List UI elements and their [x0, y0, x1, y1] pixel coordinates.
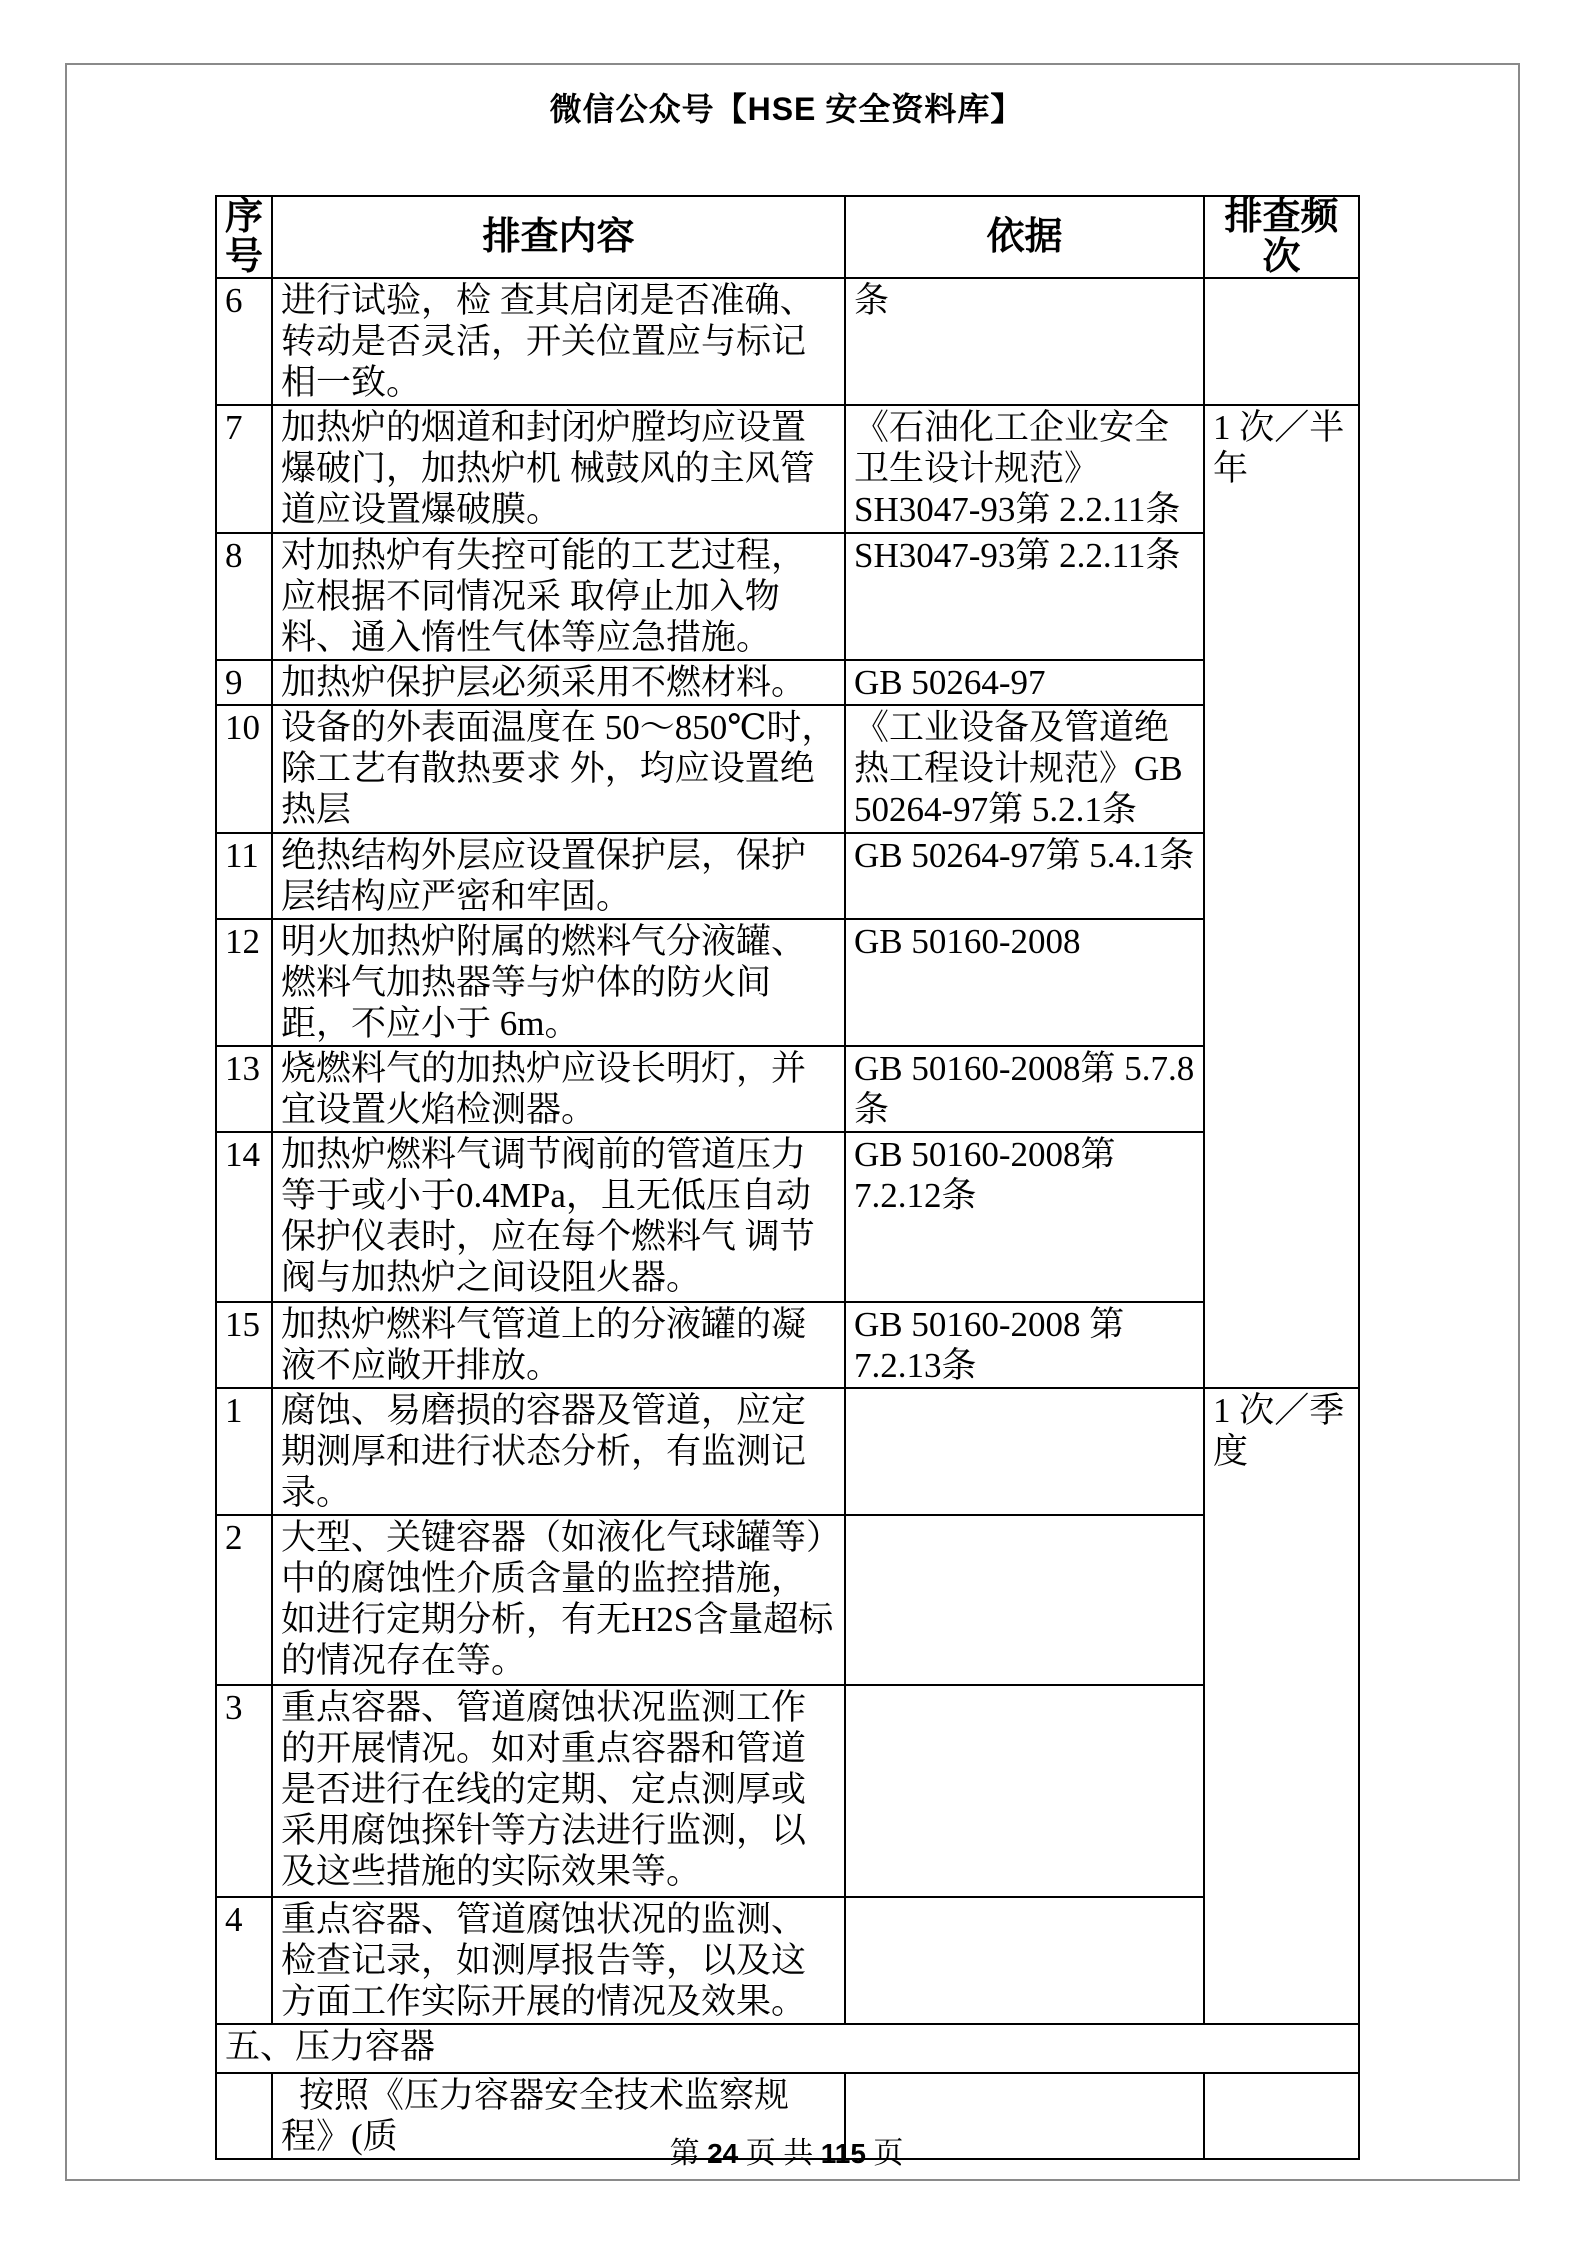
cell-basis: 《工业设备及管道绝热工程设计规范》GB 50264-97第 5.2.1条	[845, 705, 1204, 833]
table-row: 6 进行试验，检 查其启闭是否准确、转动是否灵活，开关位置应与标记相一致。 条	[216, 278, 1359, 405]
cell-basis	[845, 1388, 1204, 1515]
table-row: 12 明火加热炉附属的燃料气分液罐、燃料气加热器等与炉体的防火间距，不应小于 6…	[216, 919, 1359, 1046]
cell-no: 14	[216, 1132, 272, 1302]
cell-no: 8	[216, 533, 272, 660]
table-row: 11 绝热结构外层应设置保护层，保护层结构应严密和牢固。 GB 50264-97…	[216, 833, 1359, 919]
cell-basis: 条	[845, 278, 1204, 405]
cell-basis	[845, 1685, 1204, 1897]
cell-basis	[845, 1897, 1204, 2024]
cell-basis: GB 50264-97	[845, 660, 1204, 705]
cell-content: 加热炉保护层必须采用不燃材料。	[272, 660, 845, 705]
cell-frequency-quarter: 1 次／季度	[1204, 1388, 1359, 2024]
table-row: 14 加热炉燃料气调节阀前的管道压力等于或小于0.4MPa，且无低压自动保护仪表…	[216, 1132, 1359, 1302]
footer-middle: 页 共	[746, 2137, 814, 2170]
cell-basis: GB 50160-2008第 5.7.8 条	[845, 1046, 1204, 1132]
cell-content: 加热炉燃料气管道上的分液罐的凝液不应敞开排放。	[272, 1302, 845, 1388]
cell-basis: SH3047-93第 2.2.11条	[845, 533, 1204, 660]
table-row: 8 对加热炉有失控可能的工艺过程，应根据不同情况采 取停止加入物料、通入惰性气体…	[216, 533, 1359, 660]
table-row: 4 重点容器、管道腐蚀状况的监测、检查记录，如测厚报告等，以及这方面工作实际开展…	[216, 1897, 1359, 2024]
page-header-suffix: 安全资料库】	[816, 91, 1023, 127]
cell-no: 6	[216, 278, 272, 405]
cell-no: 13	[216, 1046, 272, 1132]
page-header: 微信公众号【HSE 安全资料库】	[215, 84, 1358, 130]
cell-no: 3	[216, 1685, 272, 1897]
cell-content: 重点容器、管道腐蚀状况的监测、检查记录，如测厚报告等，以及这方面工作实际开展的情…	[272, 1897, 845, 2024]
table-row: 1 腐蚀、易磨损的容器及管道，应定期测厚和进行状态分析，有监测记录。 1 次／季…	[216, 1388, 1359, 1515]
cell-content: 明火加热炉附属的燃料气分液罐、燃料气加热器等与炉体的防火间距，不应小于 6m。	[272, 919, 845, 1046]
section-title: 五、压力容器	[216, 2024, 1359, 2073]
page-header-brand: HSE	[748, 91, 817, 127]
header-content: 排查内容	[272, 196, 845, 278]
cell-basis: GB 50264-97第 5.4.1条	[845, 833, 1204, 919]
footer-page-number: 24	[707, 2138, 738, 2169]
section-row: 五、压力容器	[216, 2024, 1359, 2073]
page-footer: 第 24 页 共 115 页	[215, 2128, 1358, 2172]
cell-no: 4	[216, 1897, 272, 2024]
table-row: 13 烧燃料气的加热炉应设长明灯，并宜设置火焰检测器。 GB 50160-200…	[216, 1046, 1359, 1132]
cell-frequency	[1204, 278, 1359, 405]
footer-prefix: 第	[670, 2137, 700, 2170]
cell-content: 大型、关键容器（如液化气球罐等）中的腐蚀性介质含量的监控措施，如进行定期分析，有…	[272, 1515, 845, 1685]
header-frequency: 排查频次	[1204, 196, 1359, 278]
cell-content: 对加热炉有失控可能的工艺过程，应根据不同情况采 取停止加入物料、通入惰性气体等应…	[272, 533, 845, 660]
cell-content: 加热炉的烟道和封闭炉膛均应设置爆破门，加热炉机 械鼓风的主风管道应设置爆破膜。	[272, 405, 845, 533]
cell-content: 加热炉燃料气调节阀前的管道压力等于或小于0.4MPa，且无低压自动保护仪表时，应…	[272, 1132, 845, 1302]
header-basis: 依据	[845, 196, 1204, 278]
cell-no: 15	[216, 1302, 272, 1388]
table-header-row: 序号 排查内容 依据 排查频次	[216, 196, 1359, 278]
cell-basis	[845, 1515, 1204, 1685]
cell-no: 12	[216, 919, 272, 1046]
table-row: 15 加热炉燃料气管道上的分液罐的凝液不应敞开排放。 GB 50160-2008…	[216, 1302, 1359, 1388]
header-no: 序号	[216, 196, 272, 278]
inspection-table: 序号 排查内容 依据 排查频次 6 进行试验，检 查其启闭是否准确、转动是否灵活…	[215, 195, 1360, 2160]
table-row: 7 加热炉的烟道和封闭炉膛均应设置爆破门，加热炉机 械鼓风的主风管道应设置爆破膜…	[216, 405, 1359, 533]
cell-frequency-halfyear: 1 次／半年	[1204, 405, 1359, 1388]
cell-no: 1	[216, 1388, 272, 1515]
footer-total-pages: 115	[821, 2138, 866, 2169]
cell-content: 设备的外表面温度在 50～850℃时，除工艺有散热要求 外，均应设置绝热层	[272, 705, 845, 833]
cell-no: 7	[216, 405, 272, 533]
page-header-prefix: 微信公众号【	[550, 91, 748, 127]
cell-content: 腐蚀、易磨损的容器及管道，应定期测厚和进行状态分析，有监测记录。	[272, 1388, 845, 1515]
cell-no: 11	[216, 833, 272, 919]
cell-content: 重点容器、管道腐蚀状况监测工作的开展情况。如对重点容器和管道是否进行在线的定期、…	[272, 1685, 845, 1897]
cell-no: 9	[216, 660, 272, 705]
table-row: 9 加热炉保护层必须采用不燃材料。 GB 50264-97	[216, 660, 1359, 705]
cell-basis: 《石油化工企业安全卫生设计规范》SH3047-93第 2.2.11条	[845, 405, 1204, 533]
cell-basis: GB 50160-2008	[845, 919, 1204, 1046]
table-row: 3 重点容器、管道腐蚀状况监测工作的开展情况。如对重点容器和管道是否进行在线的定…	[216, 1685, 1359, 1897]
cell-content: 进行试验，检 查其启闭是否准确、转动是否灵活，开关位置应与标记相一致。	[272, 278, 845, 405]
cell-basis: GB 50160-2008 第 7.2.13条	[845, 1302, 1204, 1388]
table-row: 2 大型、关键容器（如液化气球罐等）中的腐蚀性介质含量的监控措施，如进行定期分析…	[216, 1515, 1359, 1685]
cell-no: 10	[216, 705, 272, 833]
cell-content: 绝热结构外层应设置保护层，保护层结构应严密和牢固。	[272, 833, 845, 919]
cell-content: 烧燃料气的加热炉应设长明灯，并宜设置火焰检测器。	[272, 1046, 845, 1132]
cell-basis: GB 50160-2008第 7.2.12条	[845, 1132, 1204, 1302]
table-row: 10 设备的外表面温度在 50～850℃时，除工艺有散热要求 外，均应设置绝热层…	[216, 705, 1359, 833]
cell-no: 2	[216, 1515, 272, 1685]
footer-suffix: 页	[873, 2137, 903, 2170]
